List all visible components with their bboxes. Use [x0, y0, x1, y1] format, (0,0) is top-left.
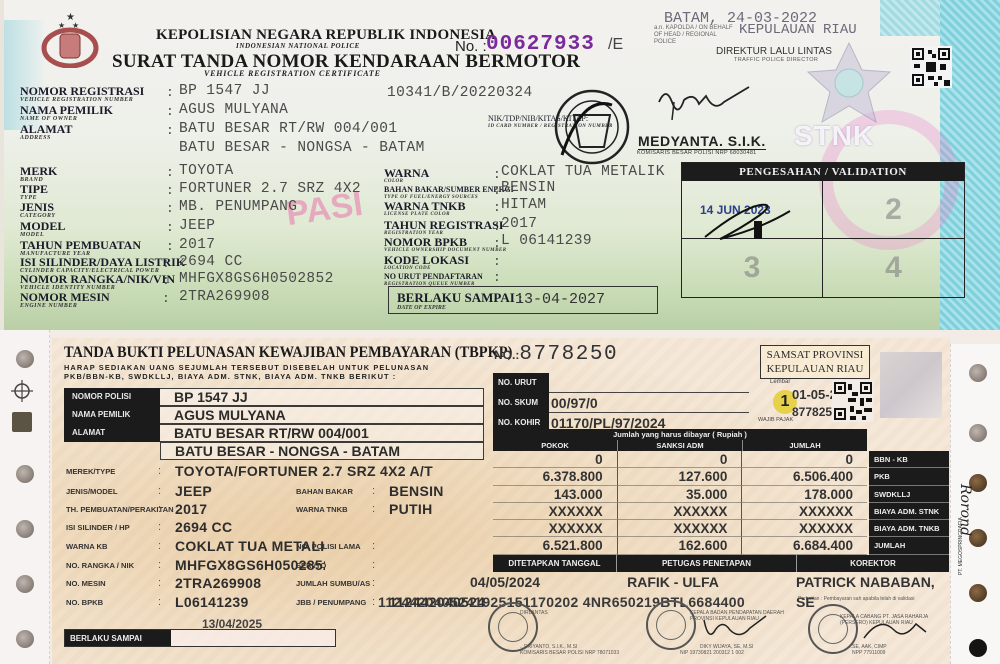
payment-jumlah: XXXXXX — [742, 503, 867, 520]
field-label: NO. MESIN — [66, 579, 106, 588]
field-label: BAHAN BAKAR — [296, 487, 353, 496]
payment-sanksi: XXXXXX — [618, 503, 743, 520]
field-label: MERKBRAND — [20, 166, 57, 183]
payment-pokok: 0 — [493, 451, 618, 468]
payment-pokok: 143.000 — [493, 486, 618, 503]
payment-label: BBN - KB — [869, 451, 949, 468]
qr-code-icon — [832, 380, 874, 422]
field-value: 2017 — [501, 216, 537, 232]
field-value: MHFGX8GS6H0502852 — [179, 271, 334, 287]
official-seal-icon — [552, 85, 632, 169]
tbpkp-title: TANDA BUKTI PELUNASAN KEWAJIBAN PEMBAYAR… — [64, 344, 512, 362]
owner-row: NAMA PEMILIKAGUS MULYANA — [64, 406, 484, 424]
payment-label: BIAYA ADM. TNKB — [869, 520, 949, 537]
expiry-box: BERLAKU SAMPAI : DATE OF EXPIRE 13-04-20… — [388, 286, 658, 314]
stnk-card: STNK PASI ★ ★ ★ KEPOLISIAN NEGARA REPUBL… — [4, 0, 1000, 330]
payment-pokok: 6.378.800 — [493, 468, 618, 485]
field-label: JBB / PENUMPANG — [296, 598, 366, 607]
payment-row: XXXXXXXXXXXXXXXXXXBIAYA ADM. TNKB — [493, 520, 949, 537]
expiry-label: BERLAKU SAMPAI : — [397, 290, 522, 306]
payment-row: 000BBN - KB — [493, 451, 949, 468]
field-label: ALAMATADDRESS — [20, 124, 72, 141]
field-label: WARNA TNKBLICENSE PLATE COLOR — [384, 201, 465, 218]
tractor-feed-strip-left — [0, 330, 50, 664]
field-value: BENSIN — [389, 483, 444, 499]
expiry-row: BERLAKU SAMPAI — [64, 629, 336, 647]
field-value: 2694 CC — [175, 519, 232, 535]
tbpkp-slip: Rorond TANDA BUKTI PELUNASAN KEWAJIBAN P… — [0, 330, 1000, 664]
field-value: HITAM — [501, 197, 547, 213]
field-label: NOMOR RANGKA/NIK/VINVEHICLE IDENTITY NUM… — [20, 274, 175, 291]
expiry-date: 13-04-2027 — [515, 291, 605, 308]
owner-row: ALAMATBATU BESAR RT/RW 004/001 — [64, 424, 484, 442]
field-value: JEEP — [175, 483, 212, 499]
validation-signature-icon — [700, 199, 800, 243]
field-value: TOYOTA/FORTUNER 2.7 SRZ 4X2 A/T — [175, 463, 433, 479]
field-value: L 06141239 — [501, 233, 592, 249]
field-value: BENSIN — [501, 180, 556, 196]
security-strip — [880, 0, 940, 36]
hologram-emblem-icon — [804, 38, 894, 128]
payment-pokok: XXXXXX — [493, 503, 618, 520]
payment-jumlah: 6.684.400 — [742, 537, 867, 554]
validation-header: PENGESAHAN / VALIDATION — [682, 163, 964, 181]
payment-sanksi: 0 — [618, 451, 743, 468]
field-value: BATU BESAR - NONGSA - BATAM — [179, 140, 425, 156]
field-label: TIPETYPE — [20, 184, 48, 201]
field-value: PUTIH — [389, 501, 433, 517]
field-value: AGUS MULYANA — [179, 102, 288, 118]
payment-table: 000BBN - KB6.378.800127.6006.506.400PKB1… — [493, 451, 949, 555]
ref-row: NO. SKUM00/97/0 — [493, 393, 749, 413]
payment-label: PKB — [869, 468, 949, 485]
hologram-sticker — [880, 352, 942, 418]
payment-label: SWDKLLJ — [869, 486, 949, 503]
payment-column-headers: POKOK SANKSI ADM JUMLAH — [493, 440, 867, 451]
payment-sanksi: 162.600 — [618, 537, 743, 554]
field-label: NO. BPKB — [66, 598, 103, 607]
payment-table-title: Jumlah yang harus dibayar ( Rupiah ) — [493, 429, 867, 440]
assessment-officer: RAFIK - ULFA — [580, 572, 766, 592]
signature-icon — [700, 610, 770, 646]
qr-code-icon — [910, 46, 952, 88]
payment-label: JUMLAH — [869, 537, 949, 554]
field-label: NO. POLISI LAMA — [296, 542, 361, 551]
expiry-label-en: DATE OF EXPIRE — [397, 305, 446, 311]
tbpkp-number: NO.:8778250 — [494, 343, 618, 366]
payment-row: 143.00035.000178.000SWDKLLJ — [493, 486, 949, 503]
field-label: WARNA KB — [66, 542, 107, 551]
payment-jumlah: XXXXXX — [742, 520, 867, 537]
field-value: FORTUNER 2.7 SRZ 4X2 — [179, 181, 361, 197]
validation-cell-1: 14 JUN 2023 — [682, 181, 823, 239]
payment-sanksi: XXXXXX — [618, 520, 743, 537]
signature-icon — [654, 82, 754, 122]
field-value: 2017 — [179, 237, 215, 253]
field-value: 2694 CC — [179, 254, 243, 270]
field-value: 2017 — [175, 501, 207, 517]
signature-icon — [860, 612, 930, 648]
field-label: NAMA PEMILIKNAME OF OWNER — [20, 105, 113, 122]
payment-sanksi: 127.600 — [618, 468, 743, 485]
payment-jumlah: 0 — [742, 451, 867, 468]
validation-code: 1124420405241925151170202 4NR650219BTL66… — [378, 594, 745, 610]
field-label: WARNA TNKB — [296, 505, 348, 514]
issuer-on-behalf: a.n. KAPOLDA / ON BEHALF OF HEAD / REGIO… — [654, 25, 734, 46]
validation-cell-4: 4 — [823, 239, 964, 297]
payment-row: 6.521.800162.6006.684.400JUMLAH — [493, 537, 949, 554]
samsat-label: SAMSAT PROVINSI KEPULAUAN RIAU — [760, 345, 870, 379]
doc-number-label: No. : — [455, 38, 487, 55]
payment-notice: Perhatian : Pembayaran sah apabila telah… — [798, 596, 914, 602]
payment-jumlah: 6.506.400 — [742, 468, 867, 485]
assessment-values: 04/05/2024 RAFIK - ULFA PATRICK NABABAN,… — [470, 572, 950, 592]
field-label: ISI SILINDER / HP — [66, 523, 130, 532]
wajib-pajak-label: WAJIB PAJAK — [758, 417, 793, 423]
field-label: MEREK/TYPE — [66, 467, 115, 476]
payment-row: XXXXXXXXXXXXXXXXXXBIAYA ADM. STNK — [493, 503, 949, 520]
issuer-region: KEPULAUAN RIAU — [739, 22, 857, 38]
payment-pokok: XXXXXX — [493, 520, 618, 537]
corrector: PATRICK NABABAN, SE — [766, 572, 950, 592]
field-label: WARNACOLOR — [384, 168, 429, 185]
field-value: JEEP — [179, 218, 215, 234]
crosshair-icon — [8, 378, 38, 404]
field-label: KODE LOKASILOCATION CODE — [384, 255, 469, 272]
field-label: NO. RANGKA / NIK — [66, 561, 134, 570]
signatory-name: MEDYANTA. S.I.K. — [638, 133, 766, 150]
tractor-feed-strip-right: Rorond — [950, 344, 1000, 664]
corner-mark — [12, 412, 32, 432]
field-value: BATU BESAR RT/RW 004/001 — [179, 121, 397, 137]
assessment-date: 04/05/2024 — [470, 572, 580, 592]
field-label: NOMOR MESINENGINE NUMBER — [20, 292, 110, 309]
owner-row: NOMOR POLISIBP 1547 JJ — [64, 388, 484, 406]
validation-cell-2: 2 — [823, 181, 964, 239]
field-label: MODELMODEL — [20, 221, 65, 238]
field-label: SERI/TO — [296, 561, 326, 570]
reference-table: NO. URUT NO. SKUM00/97/0 NO. KOHIR01170/… — [493, 373, 749, 433]
payment-label: BIAYA ADM. STNK — [869, 503, 949, 520]
field-label: JUMLAH SUMBU/AS — [296, 579, 370, 588]
issuer-title-en: INDONESIAN NATIONAL POLICE — [236, 42, 360, 50]
field-value: MB. PENUMPANG — [179, 199, 297, 215]
field-label: JENIS/MODEL — [66, 487, 117, 496]
validation-cell-3: 3 — [682, 239, 823, 297]
field-value: 2TRA269908 — [175, 575, 261, 591]
payment-jumlah: 178.000 — [742, 486, 867, 503]
field-label: JENISCATEGORY — [20, 202, 56, 219]
field-label: NOMOR REGISTRASIVEHICLE REGISTRATION NUM… — [20, 86, 144, 103]
field-value: TOYOTA — [179, 163, 234, 179]
doc-number-suffix: /E — [608, 36, 623, 54]
lembar-label: Lembar — [770, 379, 790, 385]
official-seal-icon — [646, 600, 696, 650]
field-value: 2TRA269908 — [179, 289, 270, 305]
ref-row: NO. URUT — [493, 373, 749, 393]
printer-name: PT. MEGOSPRINGRAFIA — [958, 517, 964, 575]
field-value: L06141239 — [175, 594, 249, 610]
field-label: NOMOR BPKBVEHICLE OWNERSHIP DOCUMENT NUM… — [384, 237, 507, 254]
validation-table: PENGESAHAN / VALIDATION 14 JUN 2023 2 3 … — [681, 162, 965, 298]
doc-number: 00627933 — [486, 33, 595, 56]
police-emblem-icon: ★ ★ ★ — [38, 10, 102, 68]
document-title-en: VEHICLE REGISTRATION CERTIFICATE — [204, 69, 381, 78]
payment-pokok: 6.521.800 — [493, 537, 618, 554]
payment-row: 6.378.800127.6006.506.400PKB — [493, 468, 949, 485]
registration-ref: 10341/B/20220324 — [387, 85, 533, 101]
payment-sanksi: 35.000 — [618, 486, 743, 503]
signatory-rank: KOMISARIS BESAR POLISI NRP 68030481 — [637, 150, 757, 156]
field-value: BP 1547 JJ — [179, 83, 270, 99]
owner-table: NOMOR POLISIBP 1547 JJ NAMA PEMILIKAGUS … — [64, 388, 484, 460]
owner-row: BATU BESAR - NONGSA - BATAM — [64, 442, 484, 460]
expiry-label: BERLAKU SAMPAI — [65, 630, 171, 646]
assessment-headers: DITETAPKAN TANGGAL PETUGAS PENETAPAN KOR… — [493, 555, 949, 572]
tbpkp-instruction: HARAP SEDIAKAN UANG SEJUMLAH TERSEBUT DI… — [64, 363, 429, 381]
